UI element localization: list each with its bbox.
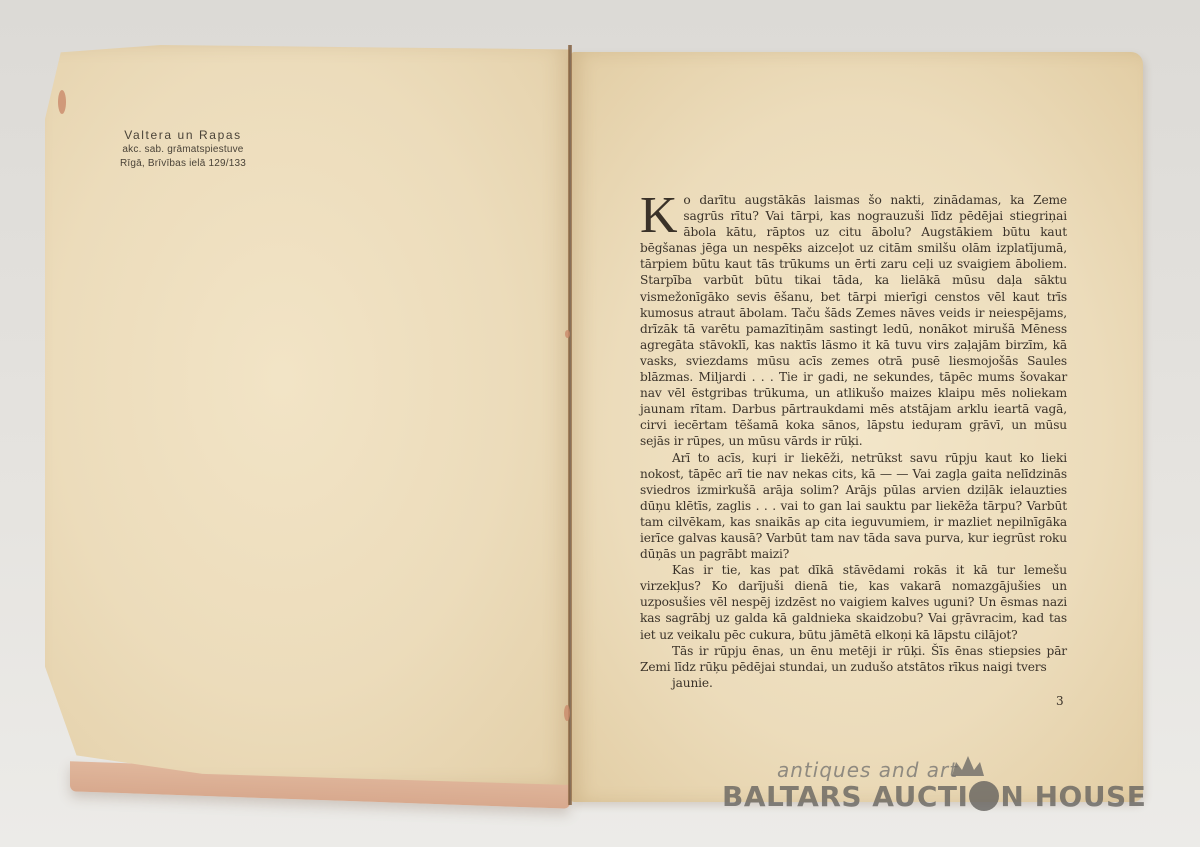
watermark-name: BALTARS AUCTIN HOUSE xyxy=(722,780,1146,813)
paragraph-last-line: jaunie. xyxy=(640,675,1067,691)
paragraph: Ko darītu augstākās laismas šo nakti, zi… xyxy=(640,192,1067,450)
imprint-printing-house: akc. sab. grāmatspiestuve xyxy=(118,143,248,157)
paragraph: Tās ir rūpju ēnas, un ēnu metēji ir rūķi… xyxy=(640,643,1067,675)
book-spine xyxy=(568,45,572,805)
logo-circle-icon xyxy=(969,781,999,811)
spine-stain xyxy=(564,705,570,721)
paragraph: Arī to acīs, kuŗi ir liekēži, netrūkst s… xyxy=(640,450,1067,563)
spine-stain xyxy=(565,330,570,338)
page-body-text: Ko darītu augstākās laismas šo nakti, zi… xyxy=(640,192,1067,691)
page-stain xyxy=(58,90,66,114)
imprint-publisher: Valtera un Rapas xyxy=(118,127,248,143)
crown-icon xyxy=(950,756,986,778)
watermark-tagline: antiques and art xyxy=(777,758,958,782)
printer-imprint: Valtera un Rapas akc. sab. grāmatspiestu… xyxy=(118,127,248,171)
paragraph: Kas ir tie, kas pat dīkā stāvēdami rokās… xyxy=(640,562,1067,642)
imprint-address: Rīgā, Brīvības ielā 129/133 xyxy=(118,157,248,171)
open-book-photo: Valtera un Rapas akc. sab. grāmatspiestu… xyxy=(0,0,1200,847)
page-number: 3 xyxy=(1056,694,1064,708)
auction-house-watermark: antiques and art BALTARS AUCTIN HOUSE xyxy=(722,758,1122,818)
drop-cap: K xyxy=(640,194,677,238)
